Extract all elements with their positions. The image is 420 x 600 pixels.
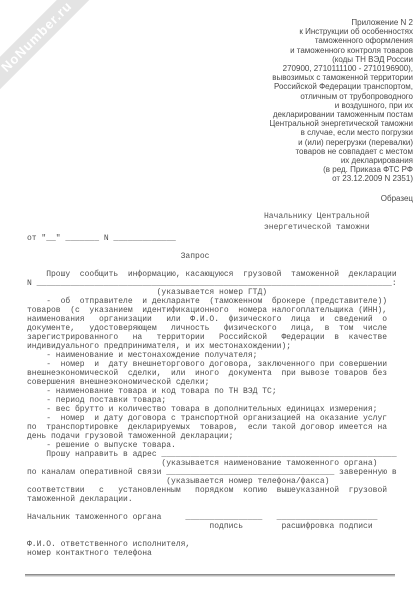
sample-label: Образец [381,194,413,203]
request-body-text: от "__" _______ N _____________ Запрос П… [27,234,397,558]
appendix-reference: Приложение N 2 к Инструкции об особеннос… [269,18,413,184]
addressee-block: Начальнику Центральной энергетической та… [264,211,370,233]
bottom-divider [25,574,395,577]
document-page: NoNumber.ru Приложение N 2 к Инструкции … [0,0,420,600]
watermark-band: NoNumber.ru [0,0,123,123]
watermark-text: NoNumber.ru [0,0,75,75]
